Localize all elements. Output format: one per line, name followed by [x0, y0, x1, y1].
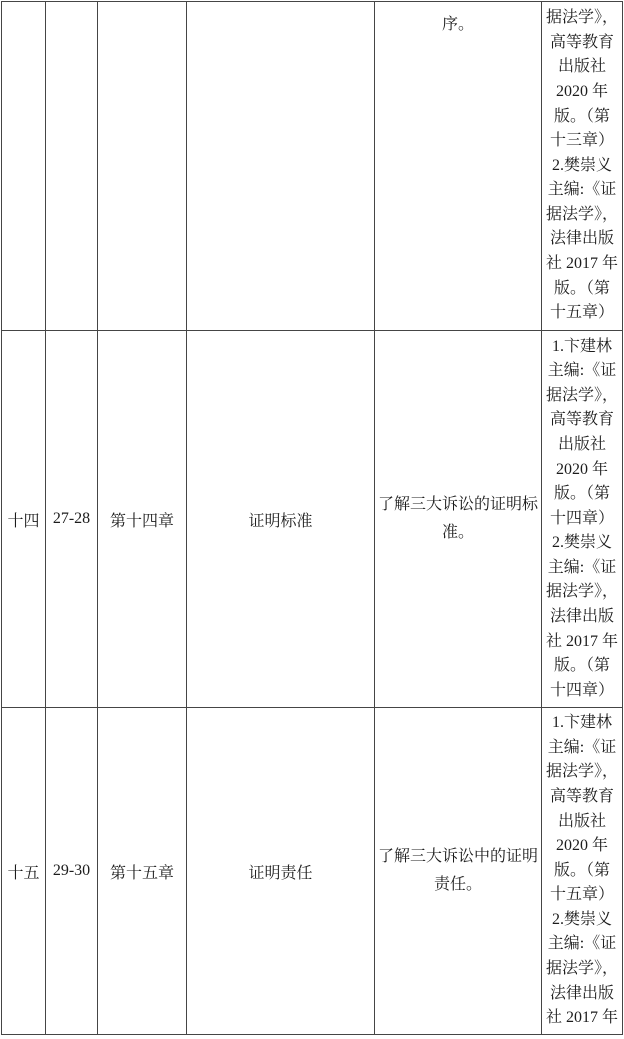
topic-cell — [187, 2, 375, 331]
table-row-week15: 十五 29-30 第十五章 证明责任 了解三大诉讼中的证明 责任。 1.卞建林 … — [2, 708, 623, 1035]
chapter-cell — [98, 2, 187, 331]
references-cell: 1.卞建林 主编:《证 据法学》， 高等教育 出版社 2020 年 版。（第 十… — [542, 708, 623, 1035]
document-page: 序。 据法学》， 高等教育 出版社 2020 年 版。（第 十三章） 2.樊崇义… — [0, 0, 624, 1039]
week-cell: 十五 — [2, 708, 46, 1035]
course-schedule-table: 序。 据法学》， 高等教育 出版社 2020 年 版。（第 十三章） 2.樊崇义… — [1, 1, 623, 1035]
topic-cell: 证明责任 — [187, 708, 375, 1035]
week-cell: 十四 — [2, 331, 46, 708]
hours-cell — [46, 2, 98, 331]
hours-cell: 27-28 — [46, 331, 98, 708]
week-cell — [2, 2, 46, 331]
chapter-cell: 第十四章 — [98, 331, 187, 708]
table-row-continuation: 序。 据法学》， 高等教育 出版社 2020 年 版。（第 十三章） 2.樊崇义… — [2, 2, 623, 331]
objective-cell: 序。 — [375, 2, 542, 331]
objective-cell: 了解三大诉讼中的证明 责任。 — [375, 708, 542, 1035]
topic-cell: 证明标准 — [187, 331, 375, 708]
table-row-week14: 十四 27-28 第十四章 证明标准 了解三大诉讼的证明标 准。 1.卞建林 主… — [2, 331, 623, 708]
hours-cell: 29-30 — [46, 708, 98, 1035]
references-cell: 1.卞建林 主编:《证 据法学》， 高等教育 出版社 2020 年 版。（第 十… — [542, 331, 623, 708]
references-cell: 据法学》， 高等教育 出版社 2020 年 版。（第 十三章） 2.樊崇义 主编… — [542, 2, 623, 331]
chapter-cell: 第十五章 — [98, 708, 187, 1035]
objective-cell: 了解三大诉讼的证明标 准。 — [375, 331, 542, 708]
